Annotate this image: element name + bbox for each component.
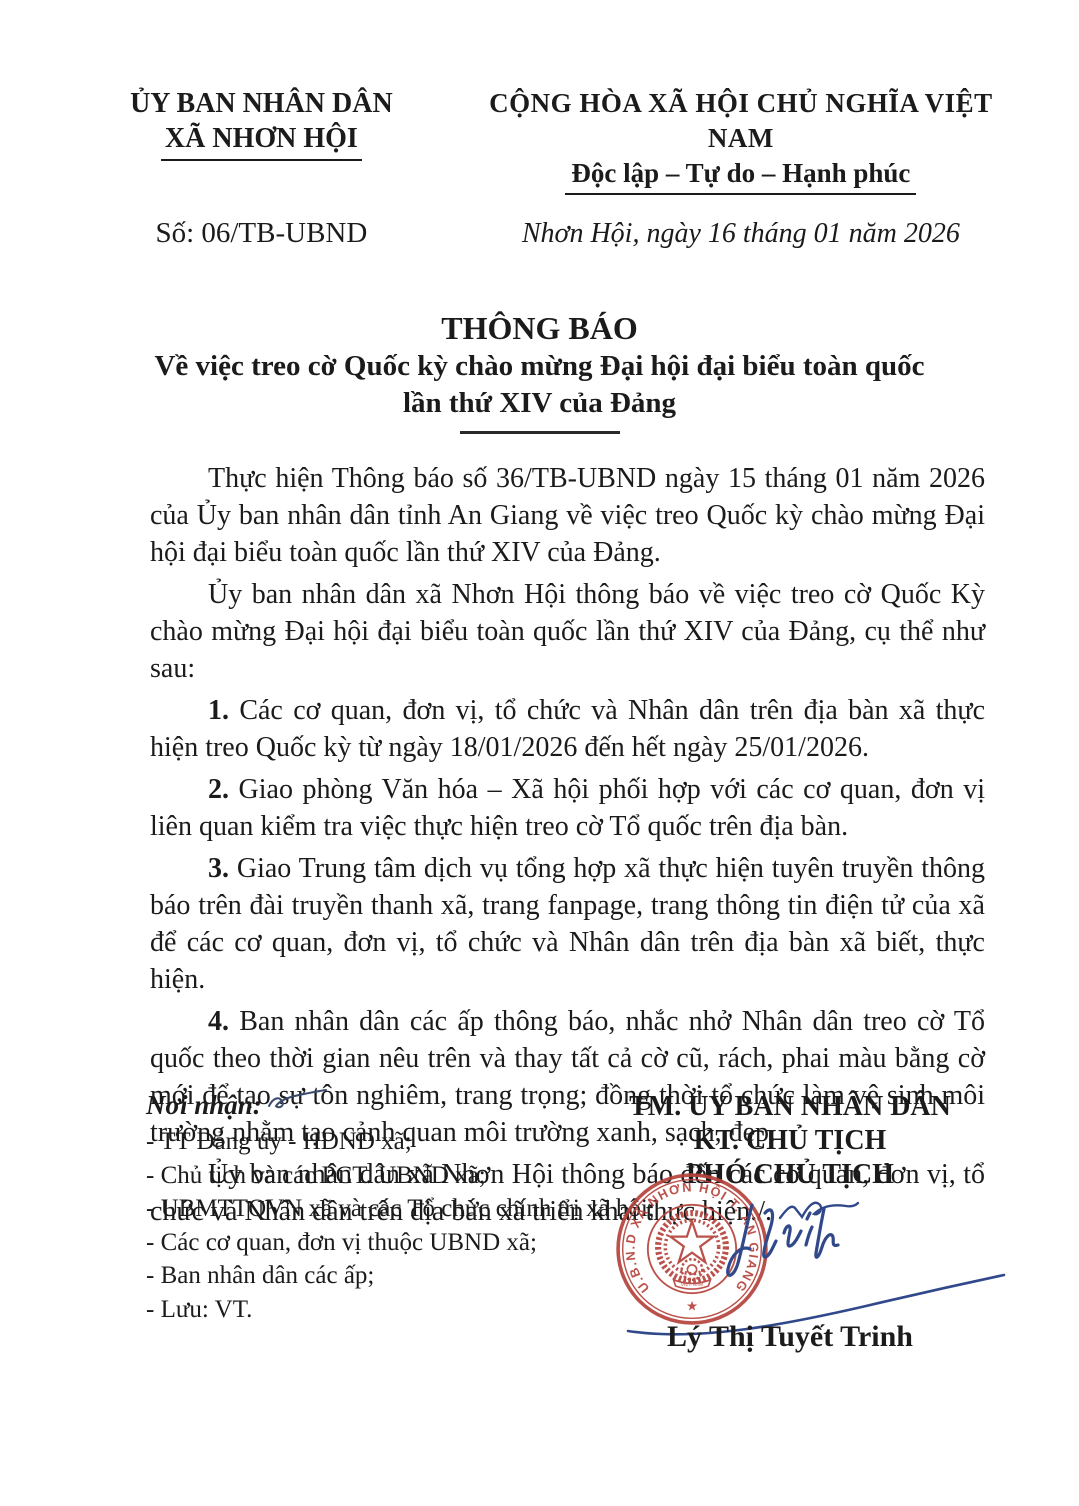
item-text: Giao Trung tâm dịch vụ tổng hợp xã thực … bbox=[150, 853, 985, 995]
document-number: Số: 06/TB-UBND bbox=[60, 217, 463, 250]
item-number: 3. bbox=[208, 853, 229, 884]
document-header: ỦY BAN NHÂN DÂN XÃ NHƠN HỘI CỘNG HÒA XÃ … bbox=[0, 0, 1079, 195]
item-number: 1. bbox=[208, 695, 229, 726]
item-number: 2. bbox=[208, 774, 229, 805]
issuing-authority-name: XÃ NHƠN HỘI bbox=[161, 121, 362, 161]
item-text: Giao phòng Văn hóa – Xã hội phối hợp với… bbox=[150, 774, 985, 842]
document-meta-row: Số: 06/TB-UBND Nhơn Hội, ngày 16 tháng 0… bbox=[0, 195, 1079, 250]
recipient-item: - TT Đảng ủy - HĐND xã; bbox=[146, 1125, 616, 1159]
pen-mark-icon bbox=[265, 1088, 329, 1112]
signing-on-behalf: KT. CHỦ TỊCH bbox=[570, 1124, 1010, 1158]
signer-name: Lý Thị Tuyết Trinh bbox=[570, 1320, 1010, 1354]
document-subject-line2: lần thứ XIV của Đảng bbox=[150, 385, 929, 422]
paragraph-item-1: 1. Các cơ quan, đơn vị, tổ chức và Nhân … bbox=[150, 692, 985, 766]
paragraph-opening: Thực hiện Thông báo số 36/TB-UBND ngày 1… bbox=[150, 460, 985, 571]
paragraph-item-2: 2. Giao phòng Văn hóa – Xã hội phối hợp … bbox=[150, 771, 985, 845]
recipients-label-row: Nơi nhận: bbox=[146, 1088, 616, 1120]
document-subject-line1: Về việc treo cờ Quốc kỳ chào mừng Đại hộ… bbox=[150, 348, 929, 385]
document-type-heading: THÔNG BÁO bbox=[150, 308, 929, 348]
document-page: ỦY BAN NHÂN DÂN XÃ NHƠN HỘI CỘNG HÒA XÃ … bbox=[0, 0, 1079, 1506]
recipients-label: Nơi nhận: bbox=[146, 1090, 262, 1120]
national-motto: Độc lập – Tự do – Hạnh phúc bbox=[565, 156, 916, 195]
national-motto-block: CỘNG HÒA XÃ HỘI CHỦ NGHĨA VIỆT NAM Độc l… bbox=[463, 86, 1019, 195]
recipients-block: Nơi nhận: - TT Đảng ủy - HĐND xã; - Chủ … bbox=[146, 1088, 616, 1326]
recipient-item: - UBMTTQVN xã và các Tổ chức chính trị x… bbox=[146, 1192, 616, 1226]
place-and-date: Nhơn Hội, ngày 16 tháng 01 năm 2026 bbox=[463, 218, 1019, 250]
paragraph-text: Ủy ban nhân dân xã Nhơn Hội thông báo về… bbox=[150, 579, 985, 684]
item-number: 4. bbox=[208, 1006, 229, 1037]
paragraph-item-3: 3. Giao Trung tâm dịch vụ tổng hợp xã th… bbox=[150, 850, 985, 998]
issuing-authority-parent: ỦY BAN NHÂN DÂN bbox=[60, 86, 463, 121]
recipient-item: - Chủ tịch và các PCT. UBND xã; bbox=[146, 1159, 616, 1193]
recipient-item: - Các cơ quan, đơn vị thuộc UBND xã; bbox=[146, 1226, 616, 1260]
item-text: Các cơ quan, đơn vị, tổ chức và Nhân dân… bbox=[150, 695, 985, 763]
national-title: CỘNG HÒA XÃ HỘI CHỦ NGHĨA VIỆT NAM bbox=[463, 86, 1019, 156]
signing-authority: TM. ỦY BAN NHÂN DÂN bbox=[570, 1090, 1010, 1124]
title-underline bbox=[460, 431, 620, 434]
recipients-list: - TT Đảng ủy - HĐND xã; - Chủ tịch và cá… bbox=[146, 1125, 616, 1326]
recipient-item: - Lưu: VT. bbox=[146, 1293, 616, 1327]
document-title-block: THÔNG BÁO Về việc treo cờ Quốc kỳ chào m… bbox=[0, 308, 1079, 434]
recipient-item: - Ban nhân dân các ấp; bbox=[146, 1259, 616, 1293]
issuing-authority-block: ỦY BAN NHÂN DÂN XÃ NHƠN HỘI bbox=[60, 86, 463, 195]
paragraph-text: Thực hiện Thông báo số 36/TB-UBND ngày 1… bbox=[150, 463, 985, 568]
paragraph-intro: Ủy ban nhân dân xã Nhơn Hội thông báo về… bbox=[150, 576, 985, 687]
